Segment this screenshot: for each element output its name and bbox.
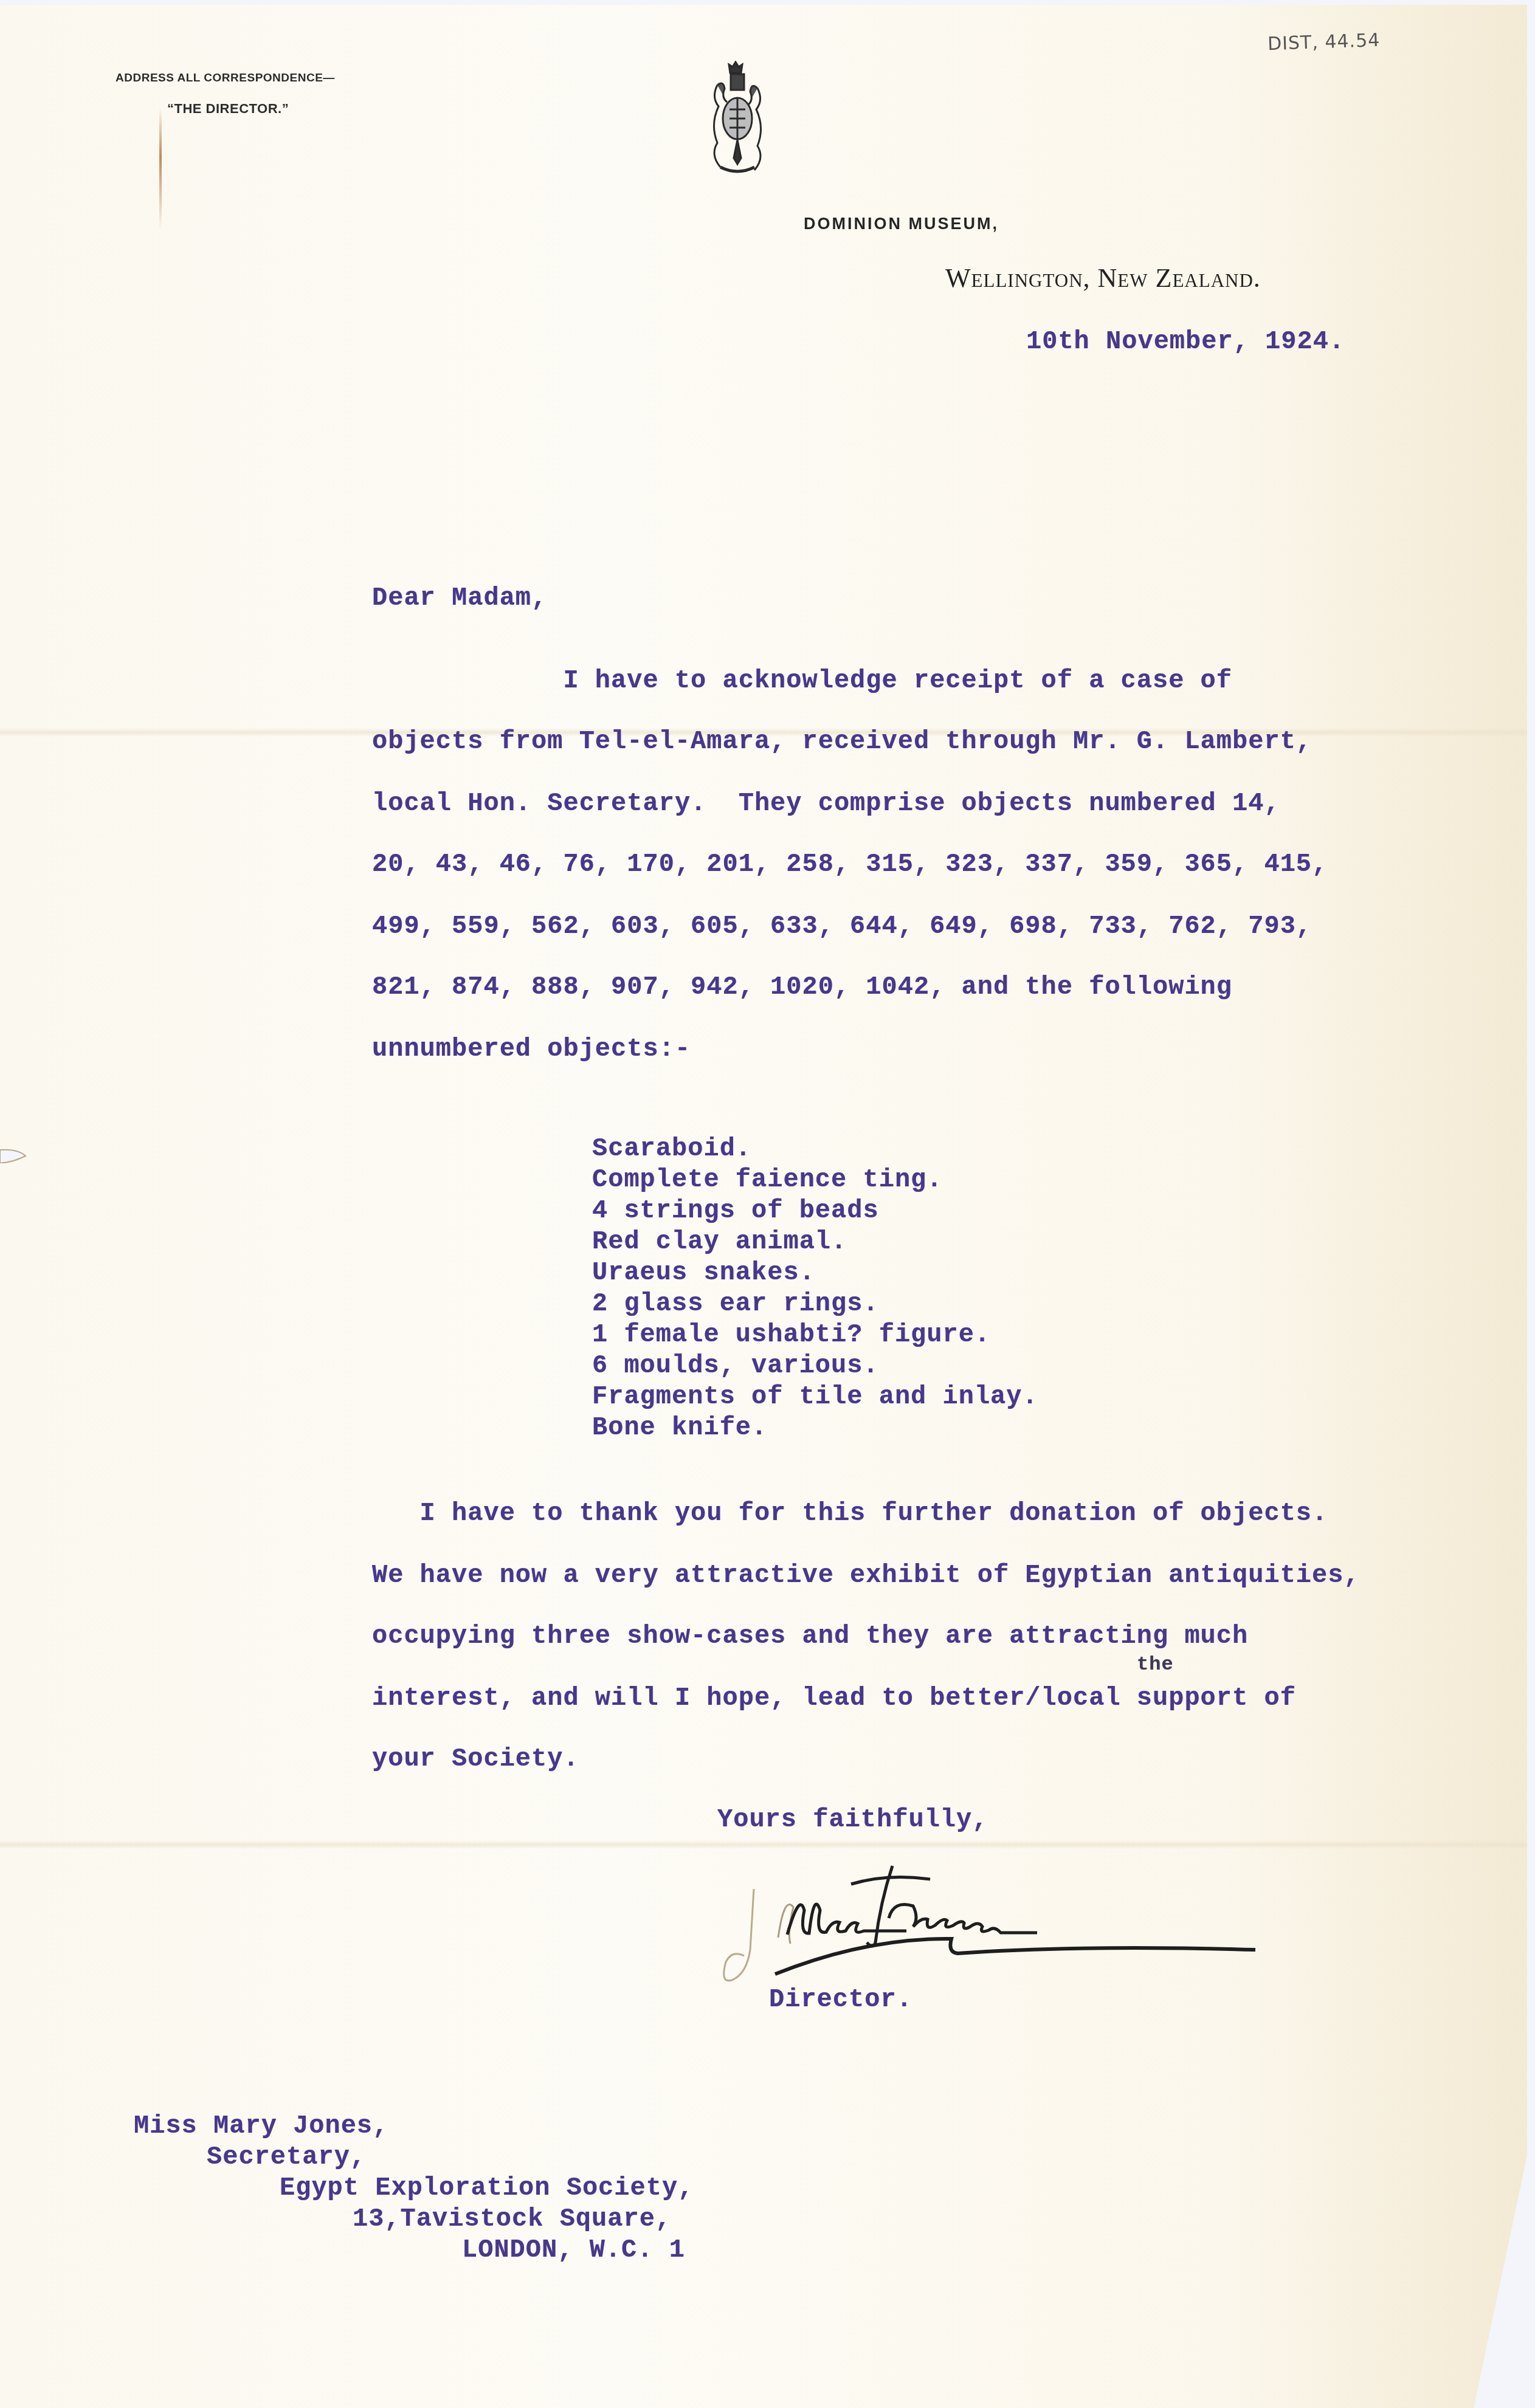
list-item: 2 glass ear rings. [592, 1289, 879, 1318]
list-item: Red clay animal. [592, 1227, 847, 1256]
body-line: your Society. [372, 1744, 579, 1773]
body-line: occupying three show-cases and they are … [372, 1622, 1248, 1651]
paper-fold [0, 1840, 1527, 1849]
recipient-line: 13,Tavistock Square, [353, 2204, 671, 2234]
letter-date: 10th November, 1924. [1026, 327, 1345, 356]
letterhead-city: Wellington, New Zealand. [945, 263, 1261, 294]
recipient-line: Egypt Exploration Society, [280, 2173, 694, 2203]
letter-paper: DIST, 44.54 ADDRESS ALL CORRESPONDENCE— … [0, 5, 1527, 2408]
recipient-line: Secretary, [207, 2142, 366, 2172]
body-line: 20, 43, 46, 76, 170, 201, 258, 315, 323,… [372, 850, 1328, 879]
archive-reference: DIST, 44.54 [1267, 30, 1380, 55]
list-item: Scaraboid. [592, 1134, 751, 1163]
closing: Yours faithfully, [717, 1805, 988, 1834]
signature-icon [717, 1865, 1313, 1986]
letterhead-institution: DOMINION MUSEUM, [804, 215, 999, 233]
letterhead-address-line: ADDRESS ALL CORRESPONDENCE— [116, 72, 335, 85]
body-line: objects from Tel-el-Amara, received thro… [372, 727, 1312, 756]
recipient-line: Miss Mary Jones, [134, 2111, 388, 2141]
list-item: 6 moulds, various. [592, 1351, 879, 1380]
salutation: Dear Madam, [372, 583, 547, 613]
rust-stain [159, 108, 162, 230]
list-item: Fragments of tile and inlay. [592, 1382, 1038, 1411]
royal-crest-icon [705, 61, 769, 182]
list-item: Complete faience ting. [592, 1165, 943, 1194]
body-line: 499, 559, 562, 603, 605, 633, 644, 649, … [372, 912, 1312, 941]
body-line: local Hon. Secretary. They comprise obje… [372, 789, 1280, 818]
body-line: I have to acknowledge receipt of a case … [372, 666, 1232, 695]
list-item: 4 strings of beads [592, 1196, 879, 1225]
body-line: 821, 874, 888, 907, 942, 1020, 1042, and… [372, 972, 1232, 1002]
list-item: Uraeus snakes. [592, 1258, 815, 1287]
body-line: interest, and will I hope, lead to bette… [372, 1684, 1296, 1713]
list-item: Bone knife. [592, 1413, 767, 1442]
paper-tear-icon [0, 1147, 27, 1163]
recipient-line: LONDON, W.C. 1 [462, 2235, 685, 2265]
signatory-title: Director. [769, 1985, 912, 2014]
body-line: unnumbered objects:- [372, 1034, 691, 1064]
handwritten-insertion: the [1137, 1653, 1174, 1676]
list-item: 1 female ushabti? figure. [592, 1320, 990, 1349]
body-line: I have to thank you for this further don… [372, 1499, 1328, 1528]
letterhead-addressee: “THE DIRECTOR.” [167, 101, 289, 117]
body-line: We have now a very attractive exhibit of… [372, 1561, 1360, 1590]
